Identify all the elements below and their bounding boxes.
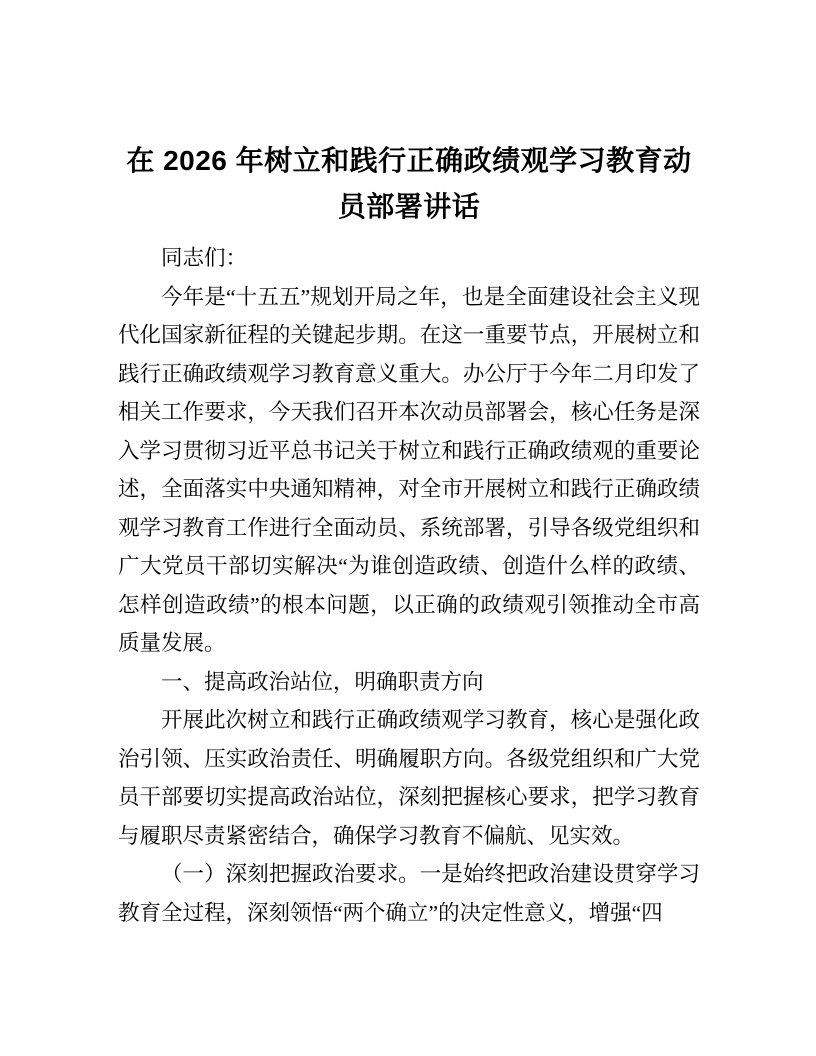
document-body: 同志们： 今年是“十五五”规划开局之年，也是全面建设社会主义现代化国家新征程的关… — [118, 239, 700, 932]
document-page: 在 2026 年树立和践行正确政绩观学习教育动员部署讲话 同志们： 今年是“十五… — [0, 0, 816, 1056]
paragraph-introduction: 今年是“十五五”规划开局之年，也是全面建设社会主义现代化国家新征程的关键起步期。… — [118, 278, 700, 663]
section-heading-1: 一、提高政治站位，明确职责方向 — [118, 663, 700, 702]
salutation-line: 同志们： — [118, 239, 700, 278]
paragraph-subsection-1: （一）深刻把握政治要求。一是始终把政治建设贯穿学习教育全过程，深刻领悟“两个确立… — [118, 855, 700, 932]
document-title: 在 2026 年树立和践行正确政绩观学习教育动员部署讲话 — [118, 138, 700, 230]
paragraph-section-1: 开展此次树立和践行正确政绩观学习教育，核心是强化政治引领、压实政治责任、明确履职… — [118, 701, 700, 855]
